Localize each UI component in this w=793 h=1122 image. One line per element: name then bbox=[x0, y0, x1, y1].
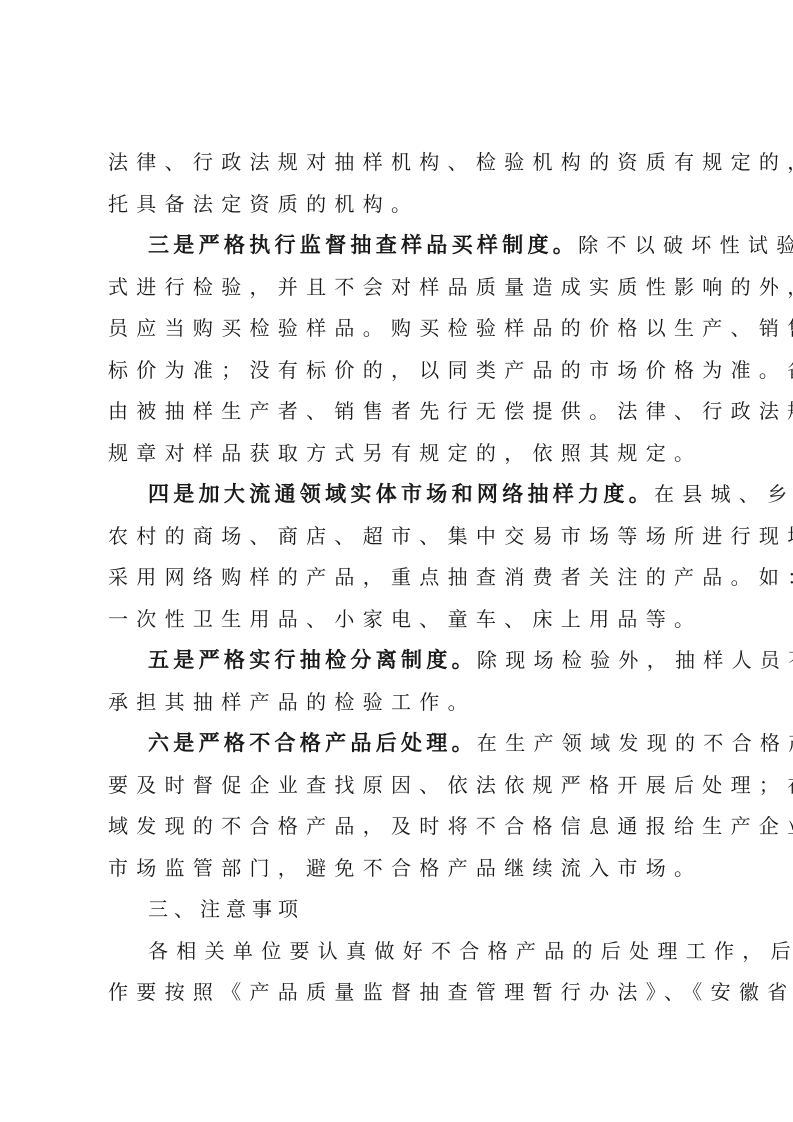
paragraph-item-three: 三是严格执行监督抽查样品买样制度。除不以破坏性试验方 式进行检验，并且不会对样品… bbox=[108, 225, 708, 474]
text-line: 五是严格实行抽检分离制度。除现场检验外，抽样人员不得 bbox=[108, 640, 708, 682]
text-run: 在生产领域发现的不合格产品， bbox=[477, 731, 793, 755]
text-run: 除不以破坏性试验方 bbox=[578, 233, 793, 257]
section-heading: 三、注意事项 bbox=[108, 889, 708, 931]
bold-lead-heading: 四是加大流通领域实体市场和网络抽样力度。 bbox=[148, 482, 654, 506]
text-line: 由被抽样生产者、销售者先行无偿提供。法律、行政法规、部门 bbox=[108, 391, 708, 433]
text-line: 四是加大流通领域实体市场和网络抽样力度。在县城、乡镇、 bbox=[108, 474, 708, 516]
text-line: 各相关单位要认真做好不合格产品的后处理工作，后处理工 bbox=[108, 931, 708, 973]
text-line: 市场监管部门，避免不合格产品继续流入市场。 bbox=[108, 848, 708, 890]
text-line: 三是严格执行监督抽查样品买样制度。除不以破坏性试验方 bbox=[108, 225, 708, 267]
paragraph-notes: 各相关单位要认真做好不合格产品的后处理工作，后处理工 作要按照《产品质量监督抽查… bbox=[108, 931, 708, 1014]
paragraph-item-five: 五是严格实行抽检分离制度。除现场检验外，抽样人员不得 承担其抽样产品的检验工作。 bbox=[108, 640, 708, 723]
text-line: 域发现的不合格产品，及时将不合格信息通报给生产企业所在地 bbox=[108, 806, 708, 848]
bold-lead-heading: 三是严格执行监督抽查样品买样制度。 bbox=[148, 233, 578, 257]
paragraph-qualification: 法律、行政法规对抽样机构、检验机构的资质有规定的，应当委 托具备法定资质的机构。 bbox=[108, 142, 708, 225]
text-line: 承担其抽样产品的检验工作。 bbox=[108, 682, 708, 724]
text-line: 农村的商场、商店、超市、集中交易市场等场所进行现场抽样。 bbox=[108, 516, 708, 558]
text-line: 员应当购买检验样品。购买检验样品的价格以生产、销售产品的 bbox=[108, 308, 708, 350]
text-line: 标价为准；没有标价的，以同类产品的市场价格为准。备用样品 bbox=[108, 350, 708, 392]
paragraph-item-four: 四是加大流通领域实体市场和网络抽样力度。在县城、乡镇、 农村的商场、商店、超市、… bbox=[108, 474, 708, 640]
text-line: 规章对样品获取方式另有规定的，依照其规定。 bbox=[108, 433, 708, 475]
text-line: 法律、行政法规对抽样机构、检验机构的资质有规定的，应当委 bbox=[108, 142, 708, 184]
text-line: 式进行检验，并且不会对样品质量造成实质性影响的外，抽样人 bbox=[108, 267, 708, 309]
bold-lead-heading: 六是严格不合格产品后处理。 bbox=[148, 731, 477, 755]
text-line: 作要按照《产品质量监督抽查管理暂行办法》、《安徽省产品质量 bbox=[108, 972, 708, 1014]
text-line: 要及时督促企业查找原因、依法依规严格开展后处理；在流通领 bbox=[108, 765, 708, 807]
text-line: 采用网络购样的产品，重点抽查消费者关注的产品。如：口罩、 bbox=[108, 557, 708, 599]
text-line: 六是严格不合格产品后处理。在生产领域发现的不合格产品， bbox=[108, 723, 708, 765]
text-line: 托具备法定资质的机构。 bbox=[108, 184, 708, 226]
text-line: 一次性卫生用品、小家电、童车、床上用品等。 bbox=[108, 599, 708, 641]
document-page: 法律、行政法规对抽样机构、检验机构的资质有规定的，应当委 托具备法定资质的机构。… bbox=[108, 142, 708, 1014]
section-heading-notes: 三、注意事项 bbox=[108, 889, 708, 931]
bold-lead-heading: 五是严格实行抽检分离制度。 bbox=[148, 648, 477, 672]
text-run: 除现场检验外，抽样人员不得 bbox=[477, 648, 793, 672]
text-run: 在县城、乡镇、 bbox=[654, 482, 793, 506]
paragraph-item-six: 六是严格不合格产品后处理。在生产领域发现的不合格产品， 要及时督促企业查找原因、… bbox=[108, 723, 708, 889]
